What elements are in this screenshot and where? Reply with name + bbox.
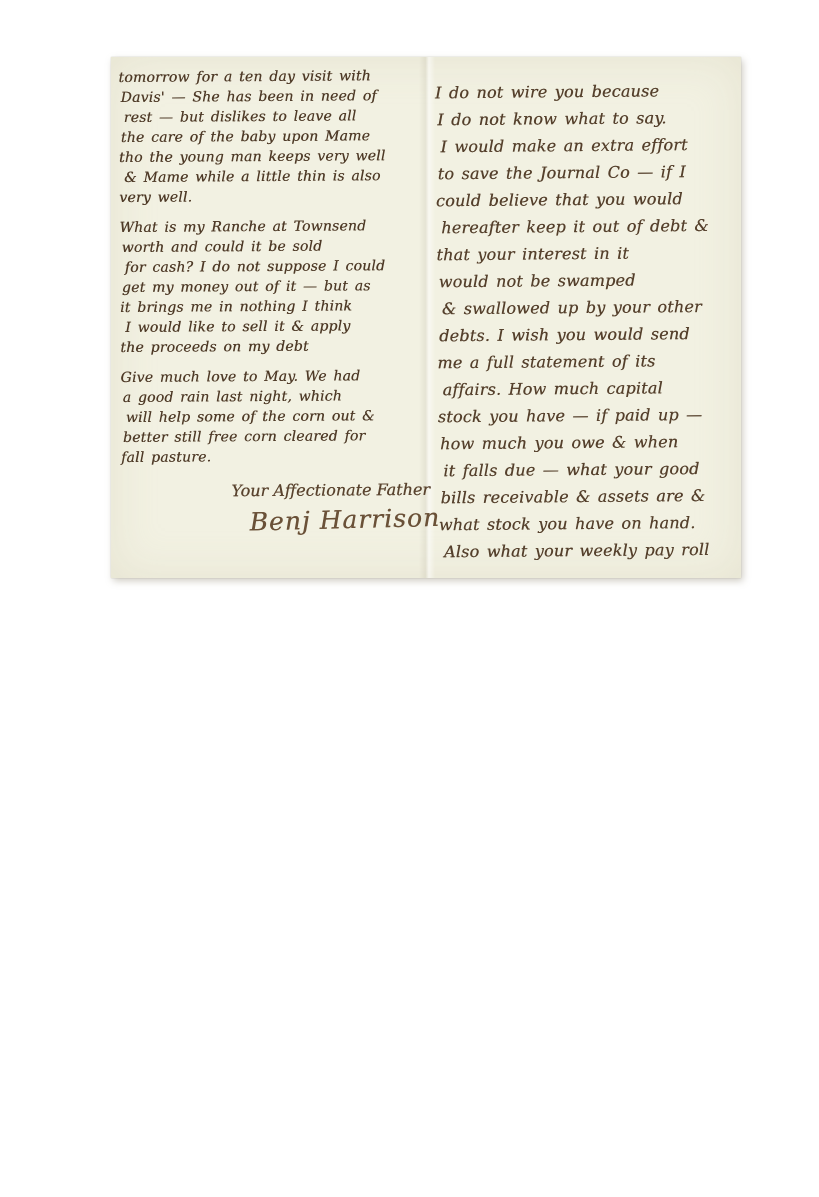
handwriting-line: I would like to sell it & apply — [125, 316, 412, 338]
paragraph-farewell: Give much love to May. We had a good rai… — [120, 366, 413, 468]
letter-paper: tomorrow for a ten day visit with Davis'… — [111, 57, 741, 578]
handwriting-line: would not be swamped — [439, 266, 737, 296]
handwriting-line: I do not wire you because — [435, 77, 735, 107]
handwriting-line: & swallowed up by your other — [442, 293, 737, 323]
handwriting-line: & Mame while a little thin is also — [124, 166, 411, 188]
handwriting-line: Give much love to May. We had — [120, 366, 412, 388]
center-fold-crease — [419, 57, 435, 578]
handwriting-line: fall pasture. — [121, 446, 413, 468]
handwriting-line: debts. I wish you would send — [439, 320, 737, 350]
handwriting-line: that your interest in it — [436, 239, 736, 269]
handwriting-line: bills receivable & assets are & — [440, 482, 738, 512]
handwriting-line: for cash? I do not suppose I could — [125, 256, 412, 278]
handwriting-line: Also what your weekly pay roll — [444, 536, 739, 566]
handwriting-line: rest — but dislikes to leave all — [124, 106, 411, 128]
letter-closing: Your Affectionate Father — [231, 480, 413, 500]
handwriting-line: affairs. How much capital — [442, 374, 737, 404]
letter-page-left: tomorrow for a ten day visit with Davis'… — [118, 66, 413, 536]
handwriting-line: get my money out of it — but as — [122, 276, 412, 298]
paragraph-journal-co: I do not wire you because I do not know … — [435, 77, 739, 566]
handwriting-line: to save the Journal Co — if I — [438, 158, 736, 188]
paragraph-ranche: What is my Ranche at Townsend worth and … — [119, 216, 412, 358]
handwriting-line: stock you have — if paid up — — [438, 401, 738, 431]
handwriting-line: tomorrow for a ten day visit with — [118, 66, 410, 88]
letter-page-right: I do not wire you because I do not know … — [435, 77, 739, 566]
handwriting-line: very well. — [119, 186, 411, 208]
handwriting-line: me a full statement of its — [437, 347, 737, 377]
letter-signature: Benj Harrison — [249, 504, 414, 537]
handwriting-line: a good rain last night, which — [123, 386, 413, 408]
handwriting-line: could believe that you would — [436, 185, 736, 215]
scanned-letter-view: tomorrow for a ten day visit with Davis'… — [0, 0, 819, 1197]
handwriting-line: the proceeds on my debt — [120, 336, 412, 358]
handwriting-line: I would make an extra effort — [440, 131, 735, 161]
handwriting-line: I do not know what to say. — [437, 104, 735, 134]
handwriting-line: what stock you have on hand. — [439, 509, 739, 539]
handwriting-line: hereafter keep it out of debt & — [441, 212, 736, 242]
handwriting-line: it brings me in nothing I think — [120, 296, 412, 318]
handwriting-line: worth and could it be sold — [122, 236, 412, 258]
handwriting-line: better still free corn cleared for — [123, 426, 413, 448]
handwriting-line: how much you owe & when — [440, 428, 738, 458]
handwriting-line: it falls due — what your good — [443, 455, 738, 485]
handwriting-line: What is my Ranche at Townsend — [119, 216, 411, 238]
handwriting-line: Davis' — She has been in need of — [121, 86, 411, 108]
handwriting-line: tho the young man keeps very well — [119, 146, 411, 168]
handwriting-line: the care of the baby upon Mame — [121, 126, 411, 148]
handwriting-line: will help some of the corn out & — [126, 406, 413, 428]
paragraph-family-news: tomorrow for a ten day visit with Davis'… — [118, 66, 411, 208]
